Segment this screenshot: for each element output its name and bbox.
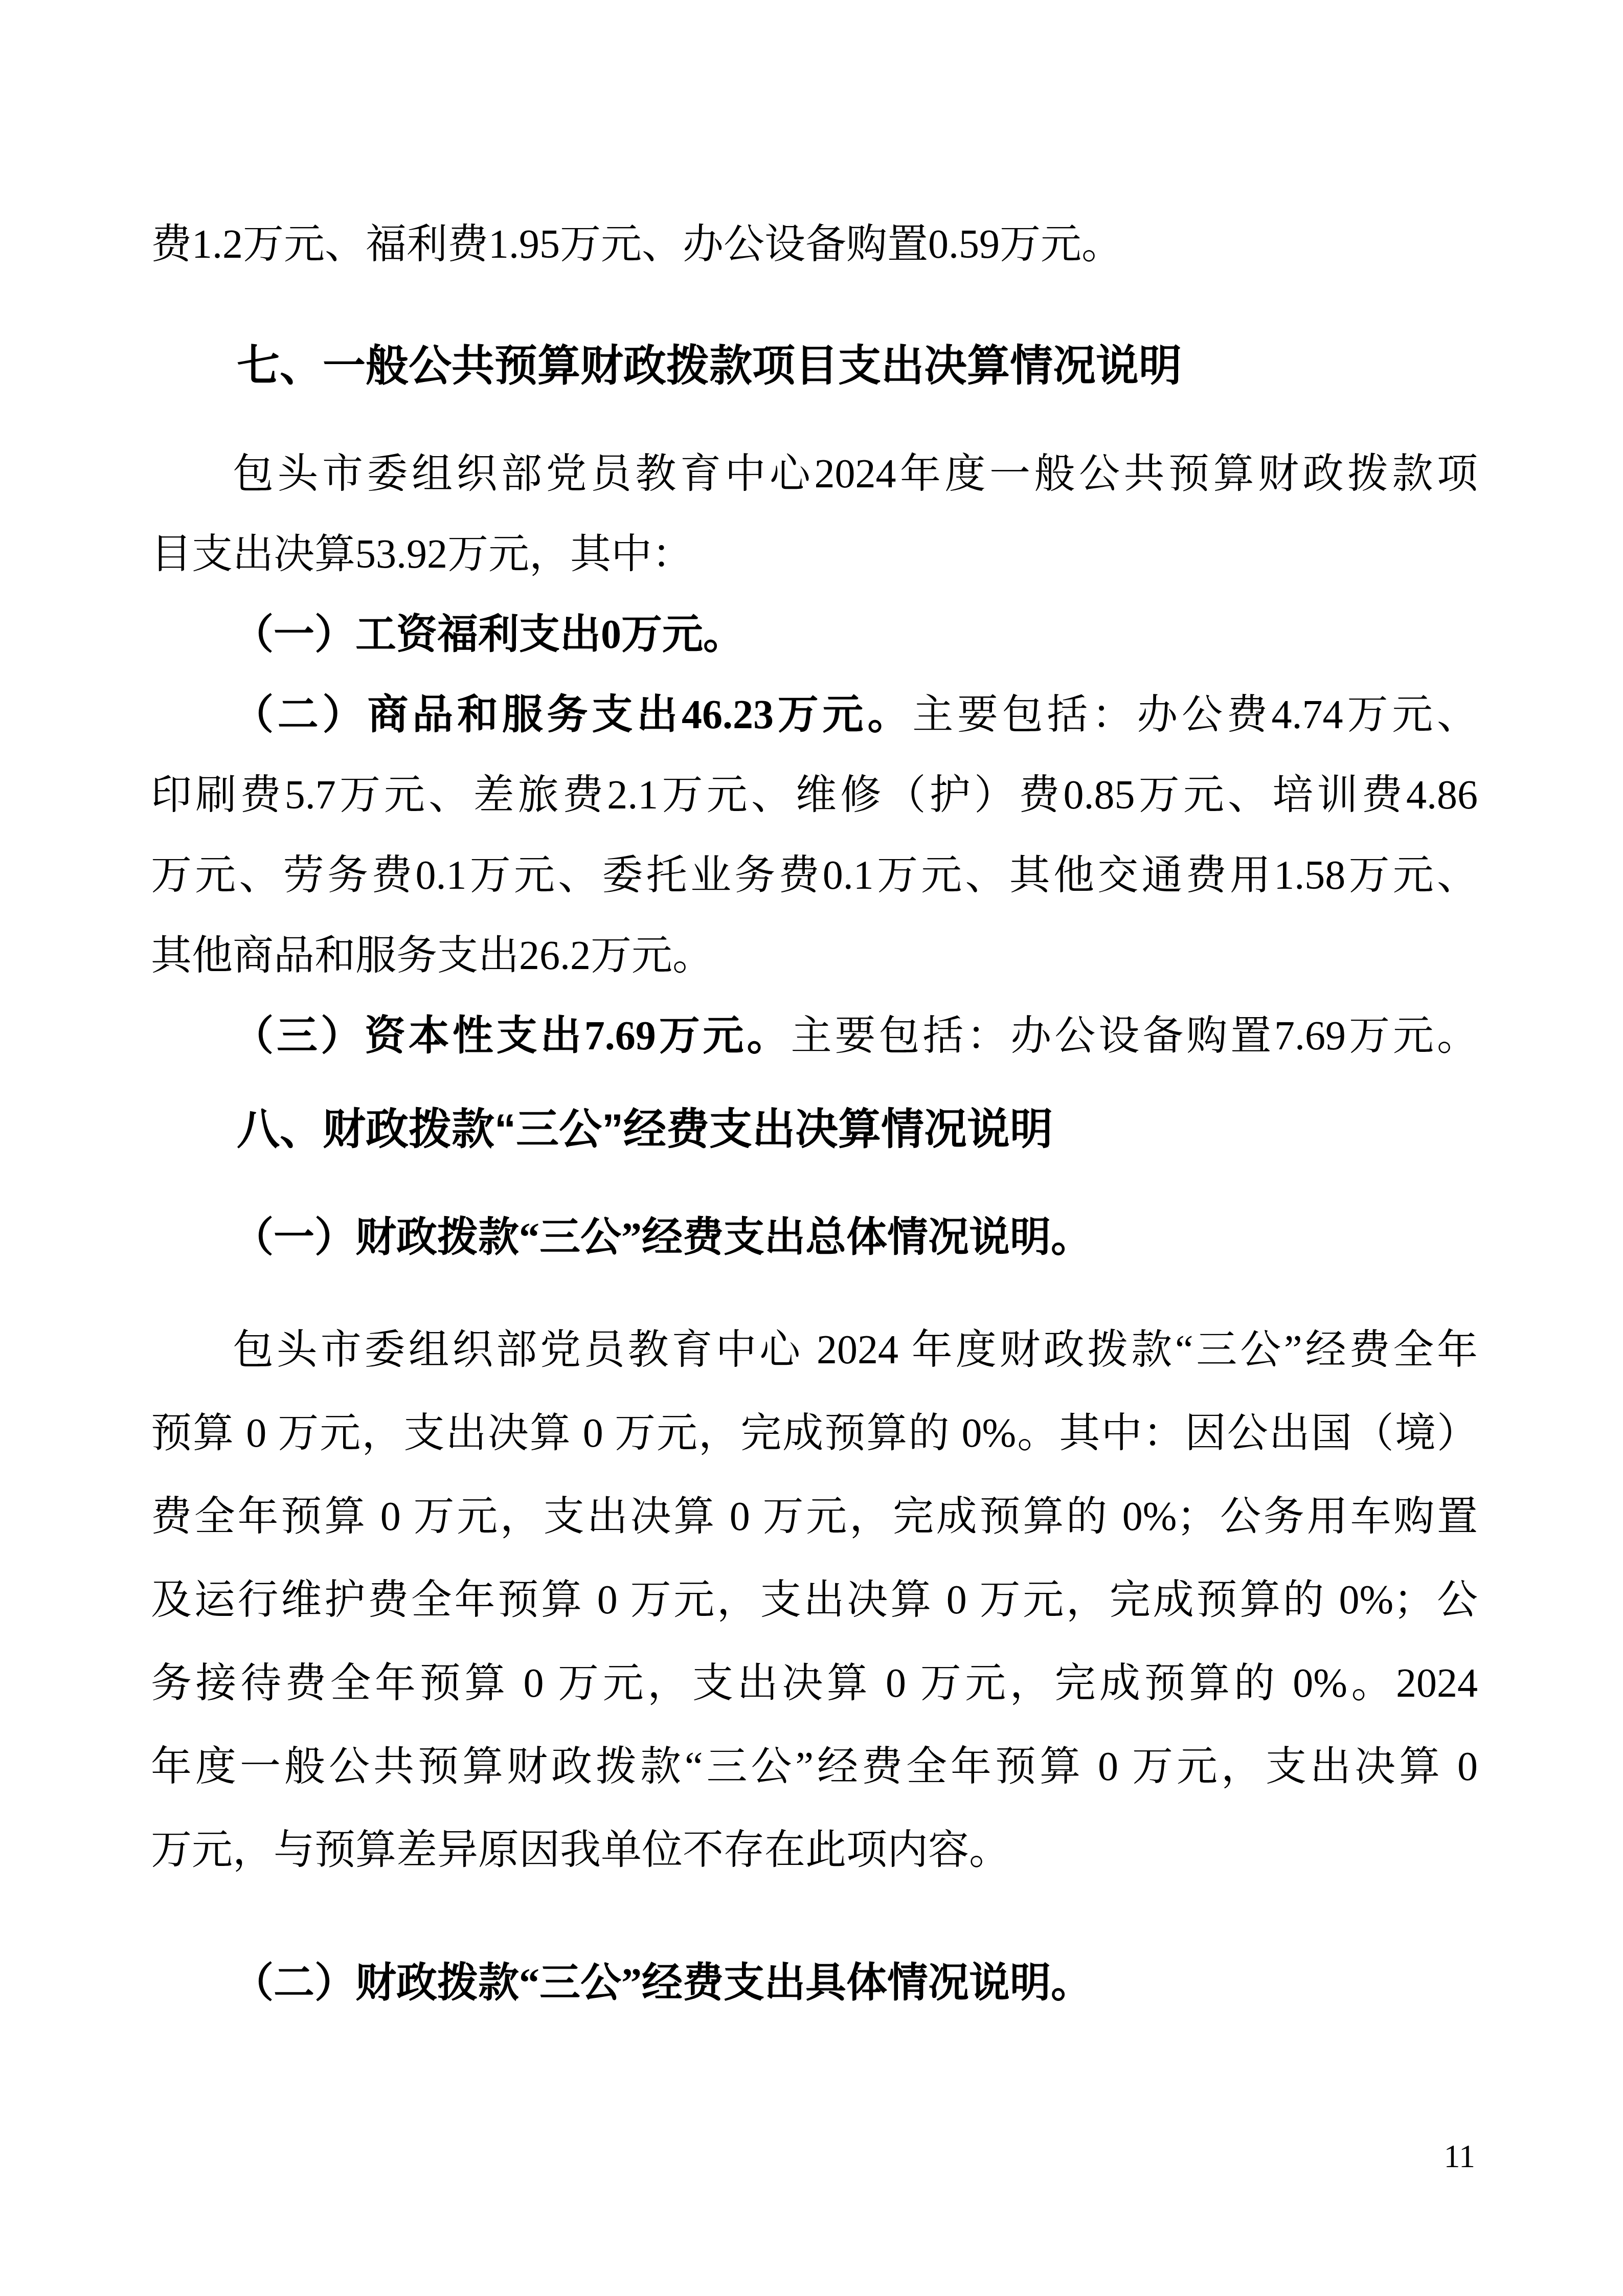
paragraph-line: 万元，与预算差异原因我单位不存在此项内容。 bbox=[151, 1809, 1478, 1892]
subsection-1-heading: （一）财政拨款“三公”经费支出总体情况说明。 bbox=[151, 1198, 1478, 1278]
paragraph-line: 印刷费5.7万元、差旅费2.1万元、维修（护）费0.85万元、培训费4.86 bbox=[151, 755, 1478, 836]
item-2-detail: 主要包括：办公费4.74万元、 bbox=[912, 692, 1478, 737]
paragraph-line: 预算 0 万元，支出决算 0 万元，完成预算的 0%。其中：因公出国（境） bbox=[151, 1392, 1478, 1475]
paragraph-line: 万元、劳务费0.1万元、委托业务费0.1万元、其他交通费用1.58万元、 bbox=[151, 836, 1478, 916]
item-2-bold-prefix: （二）商品和服务支出46.23万元。 bbox=[233, 692, 912, 737]
item-3-detail: 主要包括：办公设备购置7.69万元。 bbox=[791, 1014, 1478, 1059]
document-page: 费1.2万元、福利费1.95万元、办公设备购置0.59万元。 七、一般公共预算财… bbox=[0, 0, 1623, 2296]
item-1-line: （一）工资福利支出0万元。 bbox=[151, 595, 1478, 675]
paragraph-line: 及运行维护费全年预算 0 万元，支出决算 0 万元，完成预算的 0%；公 bbox=[151, 1559, 1478, 1642]
paragraph-line: 费全年预算 0 万元，支出决算 0 万元，完成预算的 0%；公务用车购置 bbox=[151, 1475, 1478, 1559]
paragraph-line: 年度一般公共预算财政拨款“三公”经费全年预算 0 万元，支出决算 0 bbox=[151, 1725, 1478, 1809]
subsection-2-heading: （二）财政拨款“三公”经费支出具体情况说明。 bbox=[151, 1943, 1478, 2023]
page-number: 11 bbox=[1444, 2140, 1475, 2173]
item-2-line: （二）商品和服务支出46.23万元。主要包括：办公费4.74万元、 bbox=[151, 675, 1478, 755]
paragraph-line: 目支出决算53.92万元，其中： bbox=[151, 514, 1478, 595]
item-3-bold-prefix: （三）资本性支出7.69万元。 bbox=[233, 1014, 791, 1059]
paragraph-continuation-line: 费1.2万元、福利费1.95万元、办公设备购置0.59万元。 bbox=[151, 205, 1478, 285]
paragraph-line: 其他商品和服务支出26.2万元。 bbox=[151, 916, 1478, 996]
paragraph-line: 包头市委组织部党员教育中心2024年度一般公共预算财政拨款项 bbox=[151, 434, 1478, 514]
item-3-line: （三）资本性支出7.69万元。主要包括：办公设备购置7.69万元。 bbox=[151, 996, 1478, 1076]
paragraph-line: 务接待费全年预算 0 万元，支出决算 0 万元，完成预算的 0%。2024 bbox=[151, 1642, 1478, 1725]
paragraph-line: 包头市委组织部党员教育中心 2024 年度财政拨款“三公”经费全年 bbox=[151, 1309, 1478, 1392]
section-8-heading: 八、财政拨款“三公”经费支出决算情况说明 bbox=[151, 1089, 1478, 1169]
section-7-heading: 七、一般公共预算财政拨款项目支出决算情况说明 bbox=[151, 326, 1478, 406]
